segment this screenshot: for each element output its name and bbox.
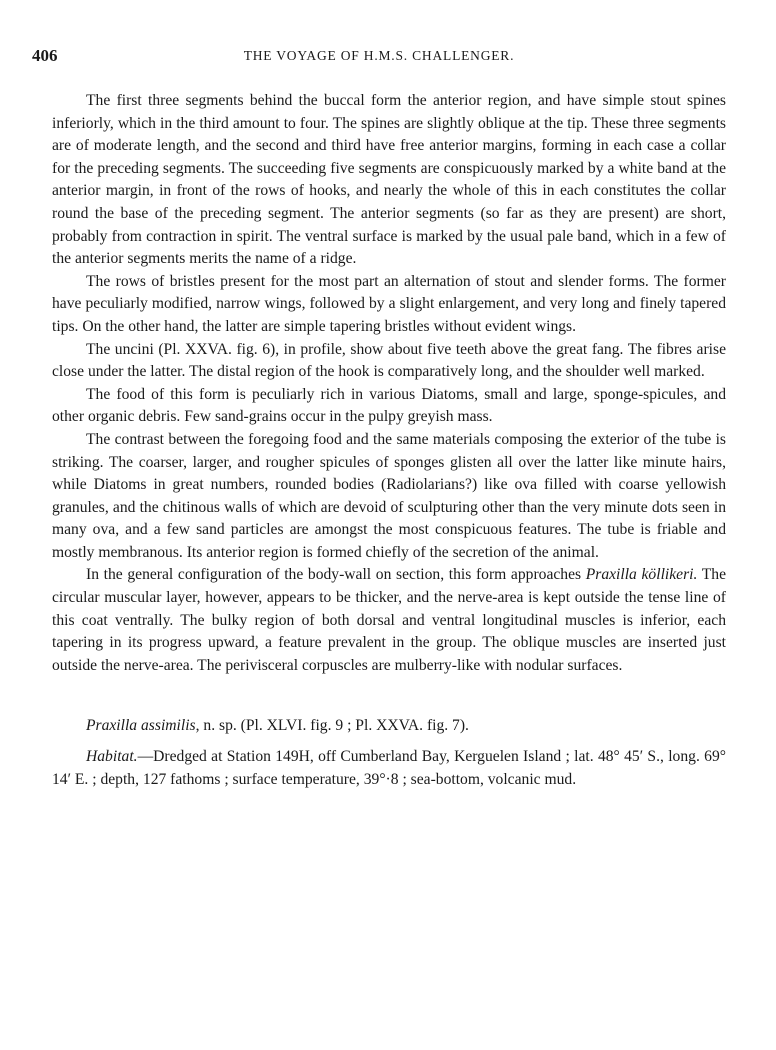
paragraph-anterior-segments: The first three segments behind the bucc… [52, 90, 726, 271]
running-head: THE VOYAGE OF H.M.S. CHALLENGER. [32, 48, 726, 64]
body-wall-intro: In the general configuration of the body… [86, 566, 581, 583]
habitat-label: Habitat. [86, 748, 138, 765]
paragraph-food: The food of this form is peculiarly rich… [52, 384, 726, 429]
page-body: The first three segments behind the bucc… [52, 90, 726, 791]
species-heading: Praxilla assimilis, n. sp. (Pl. XLVI. fi… [52, 715, 726, 738]
paragraph-uncini: The uncini (Pl. XXVA. fig. 6), in profil… [52, 339, 726, 384]
paragraph-tube-contrast: The contrast between the foregoing food … [52, 429, 726, 565]
species-name-kollikeri: Praxilla köllikeri. [586, 566, 698, 583]
habitat-paragraph: Habitat.—Dredged at Station 149H, off Cu… [52, 746, 726, 791]
paragraph-bristles: The rows of bristles present for the mos… [52, 271, 726, 339]
species-plate-refs: , n. sp. (Pl. XLVI. fig. 9 ; Pl. XXVA. f… [196, 717, 469, 734]
page-header: 406 THE VOYAGE OF H.M.S. CHALLENGER. [32, 46, 726, 70]
species-name-assimilis: Praxilla assimilis [86, 717, 196, 734]
habitat-text: —Dredged at Station 149H, off Cumberland… [52, 748, 726, 788]
section-gap [52, 677, 726, 715]
paragraph-body-wall: In the general configuration of the body… [52, 564, 726, 677]
